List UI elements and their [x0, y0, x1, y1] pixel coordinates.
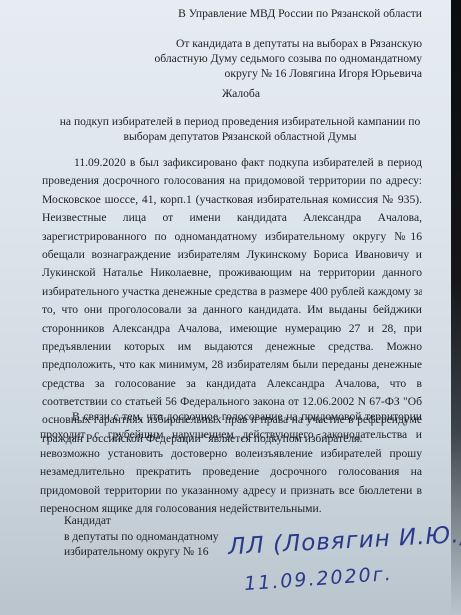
subtitle-line: выборам депутатов Рязанской областной Ду…	[50, 129, 430, 144]
paragraph-line: невозможно установить достоверно волеизъ…	[40, 445, 422, 463]
signature-label-line: в депутаты по одномандатному	[64, 529, 219, 545]
sender-block: От кандидата в депутаты на выборах в Ряз…	[154, 36, 422, 81]
photo-edge-shadow	[451, 0, 461, 615]
paragraph-line: обещали вознаграждение избирателям Лукин…	[42, 246, 422, 264]
paragraph-line: сторонников Александра Ачалова, имеющие …	[42, 320, 422, 338]
paragraph-line: предположить, что как минимум, 28 избира…	[42, 356, 422, 374]
paragraph-line: то, что они проголосовали за данного кан…	[42, 301, 422, 319]
document-title: Жалоба	[0, 86, 461, 101]
paragraph-line: предъявлении которых им выдаются денежны…	[42, 338, 422, 356]
sender-line: округу № 16 Ловягина Игоря Юрьевича	[154, 66, 422, 81]
paragraph-line: средства за голосование за кандидата Але…	[42, 375, 422, 393]
paragraph-line: проведения досрочного голосования на при…	[42, 172, 422, 190]
paragraph-line: проходит с грубейшим нарушением действую…	[40, 426, 422, 444]
addressee: В Управление МВД России по Рязанской обл…	[178, 6, 422, 21]
handwritten-signature: ЛЛ (Ловягин И.Ю.)	[227, 522, 461, 561]
paragraph-line: Московское шоссе, 41, корп.1 (участковая…	[42, 191, 422, 209]
paragraph-request: В связи с тем, что досрочное голосование…	[40, 408, 422, 518]
signature-label-line: Кандидат	[64, 513, 219, 529]
signature-label-line: избирательному округу № 16	[64, 544, 219, 560]
sender-line: От кандидата в депутаты на выборах в Ряз…	[154, 36, 422, 51]
paragraph-line: избирательного участка денежные средства…	[42, 283, 422, 301]
paragraph-line: Лукинской Наталье Николаевне, проживающи…	[42, 264, 422, 282]
handwritten-date: 11.09.2020г.	[243, 563, 393, 595]
document-page: В Управление МВД России по Рязанской обл…	[0, 0, 452, 615]
paragraph-line: Неизвестные лица от имени кандидата Алек…	[42, 209, 422, 227]
paragraph-line: придомовой территории по указанному адре…	[40, 482, 422, 500]
signature-label: Кандидат в депутаты по одномандатному из…	[64, 513, 219, 560]
subtitle-line: на подкуп избирателей в период проведени…	[50, 114, 430, 129]
paragraph-complaint: 11.09.2020 в был зафиксировано факт подк…	[42, 154, 422, 448]
paragraph-line: В связи с тем, что досрочное голосование…	[40, 408, 422, 426]
sender-line: областную Думу седьмого созыва по однома…	[154, 51, 422, 66]
document-subtitle: на подкуп избирателей в период проведени…	[50, 114, 430, 144]
paragraph-line: незамедлительно прекратить проведение до…	[40, 463, 422, 481]
paragraph-line: 11.09.2020 в был зафиксировано факт подк…	[42, 154, 422, 172]
paragraph-line: зарегистрированного по одномандатному из…	[42, 228, 422, 246]
